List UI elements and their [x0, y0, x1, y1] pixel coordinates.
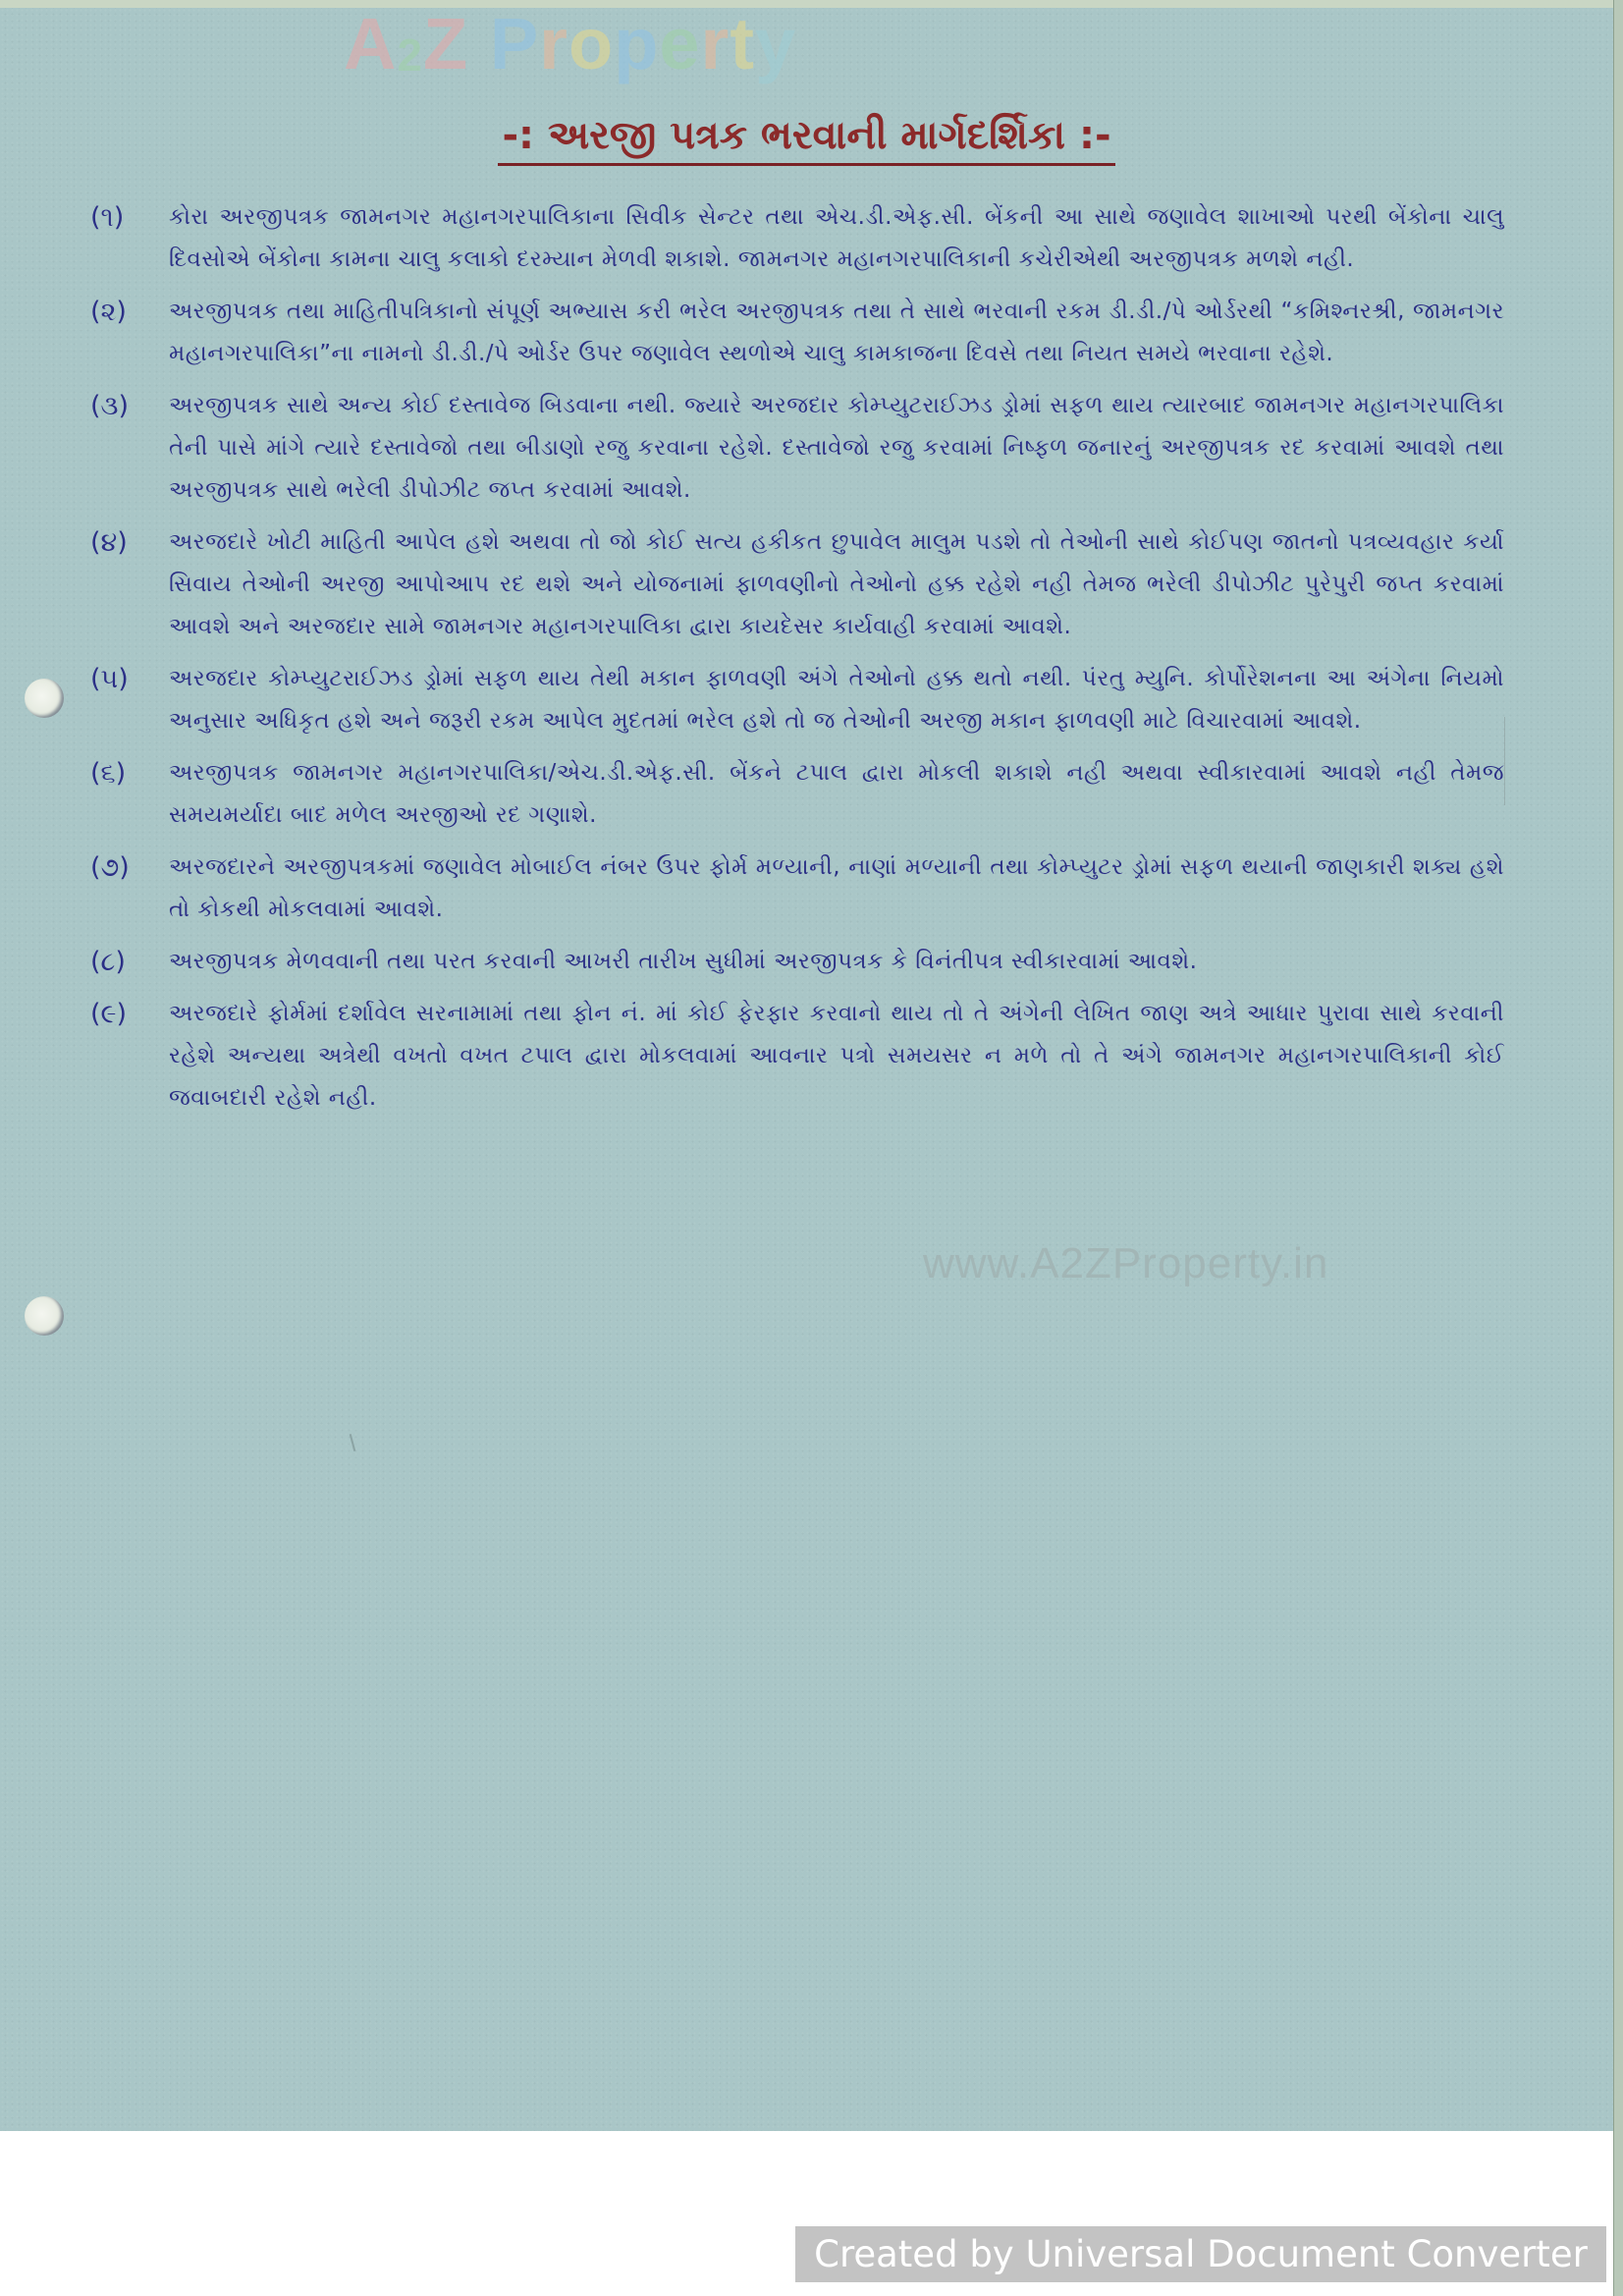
logo-letter: o	[568, 2, 614, 85]
guideline-number: (૫)	[90, 658, 169, 742]
guideline-number: (૧)	[90, 196, 169, 281]
guideline-text: અરજીપત્રક જામનગર મહાનગરપાલિકા/એચ.ડી.એફ.સ…	[169, 752, 1504, 837]
guideline-item: (૮) અરજીપત્રક મેળવવાની તથા પરત કરવાની આખ…	[90, 941, 1504, 983]
guideline-item: (૧) કોરા અરજીપત્રક જામનગર મહાનગરપાલિકાના…	[90, 196, 1504, 281]
guideline-item: (૬) અરજીપત્રક જામનગર મહાનગરપાલિકા/એચ.ડી.…	[90, 752, 1504, 837]
punch-hole-icon	[25, 679, 64, 718]
guideline-item: (૩) અરજીપત્રક સાથે અન્ય કોઈ દસ્તાવેજ બિડ…	[90, 385, 1504, 512]
guideline-text: અરજદારે ખોટી માહિતી આપેલ હશે અથવા તો જો …	[169, 521, 1504, 648]
guideline-item: (૪) અરજદારે ખોટી માહિતી આપેલ હશે અથવા તો…	[90, 521, 1504, 648]
punch-hole-icon	[25, 1296, 64, 1336]
guideline-text: અરજીપત્રક સાથે અન્ય કોઈ દસ્તાવેજ બિડવાના…	[169, 385, 1504, 512]
scan-right-edge	[1613, 0, 1623, 2296]
scan-top-edge	[0, 0, 1613, 8]
logo-letter: P	[490, 2, 539, 85]
logo-letter: y	[755, 2, 796, 85]
guideline-number: (૨)	[90, 291, 169, 375]
guideline-number: (૬)	[90, 752, 169, 837]
guideline-text: અરજીપત્રક તથા માહિતીપત્રિકાનો સંપૂર્ણ અભ…	[169, 291, 1504, 375]
guideline-number: (૮)	[90, 941, 169, 983]
guideline-text: કોરા અરજીપત્રક જામનગર મહાનગરપાલિકાના સિવ…	[169, 196, 1504, 281]
guideline-text: અરજદારને અરજીપત્રકમાં જણાવેલ મોબાઈલ નંબર…	[169, 847, 1504, 931]
guideline-number: (૭)	[90, 847, 169, 931]
logo-letter: A	[344, 2, 397, 85]
a2z-property-logo-watermark: A2Z Property	[344, 2, 796, 84]
converter-banner: Created by Universal Document Converter	[795, 2226, 1606, 2282]
guideline-item: (૫) અરજદાર કોમ્પ્યુટરાઈઝડ ડ્રોમાં સફળ થા…	[90, 658, 1504, 742]
logo-letter: Z	[423, 2, 468, 85]
guideline-text: અરજીપત્રક મેળવવાની તથા પરત કરવાની આખરી ત…	[169, 941, 1504, 983]
logo-letter: r	[539, 2, 568, 85]
title-container: -: અરજી પત્રક ભરવાની માર્ગદર્શિકા :-	[0, 110, 1613, 166]
guideline-text: અરજદાર કોમ્પ્યુટરાઈઝડ ડ્રોમાં સફળ થાય તે…	[169, 658, 1504, 742]
page-title: -: અરજી પત્રક ભરવાની માર્ગદર્શિકા :-	[498, 110, 1114, 166]
guideline-text: અરજદારે ફોર્મમાં દર્શાવેલ સરનામામાં તથા …	[169, 993, 1504, 1120]
logo-letter: r	[701, 2, 730, 85]
scan-scratch	[1504, 717, 1505, 805]
logo-letter: 2	[397, 28, 423, 82]
guideline-number: (૪)	[90, 521, 169, 648]
website-watermark: www.A2ZProperty.in	[923, 1239, 1328, 1288]
guideline-item: (૯) અરજદારે ફોર્મમાં દર્શાવેલ સરનામામાં …	[90, 993, 1504, 1120]
guideline-item: (૭) અરજદારને અરજીપત્રકમાં જણાવેલ મોબાઈલ …	[90, 847, 1504, 931]
guideline-number: (૯)	[90, 993, 169, 1120]
logo-letter: p	[614, 2, 659, 85]
logo-letter	[468, 2, 490, 85]
logo-letter: e	[659, 2, 700, 85]
logo-letter: t	[730, 2, 755, 85]
guideline-number: (૩)	[90, 385, 169, 512]
guidelines-list: (૧) કોરા અરજીપત્રક જામનગર મહાનગરપાલિકાના…	[90, 196, 1504, 1129]
guideline-item: (૨) અરજીપત્રક તથા માહિતીપત્રિકાનો સંપૂર્…	[90, 291, 1504, 375]
